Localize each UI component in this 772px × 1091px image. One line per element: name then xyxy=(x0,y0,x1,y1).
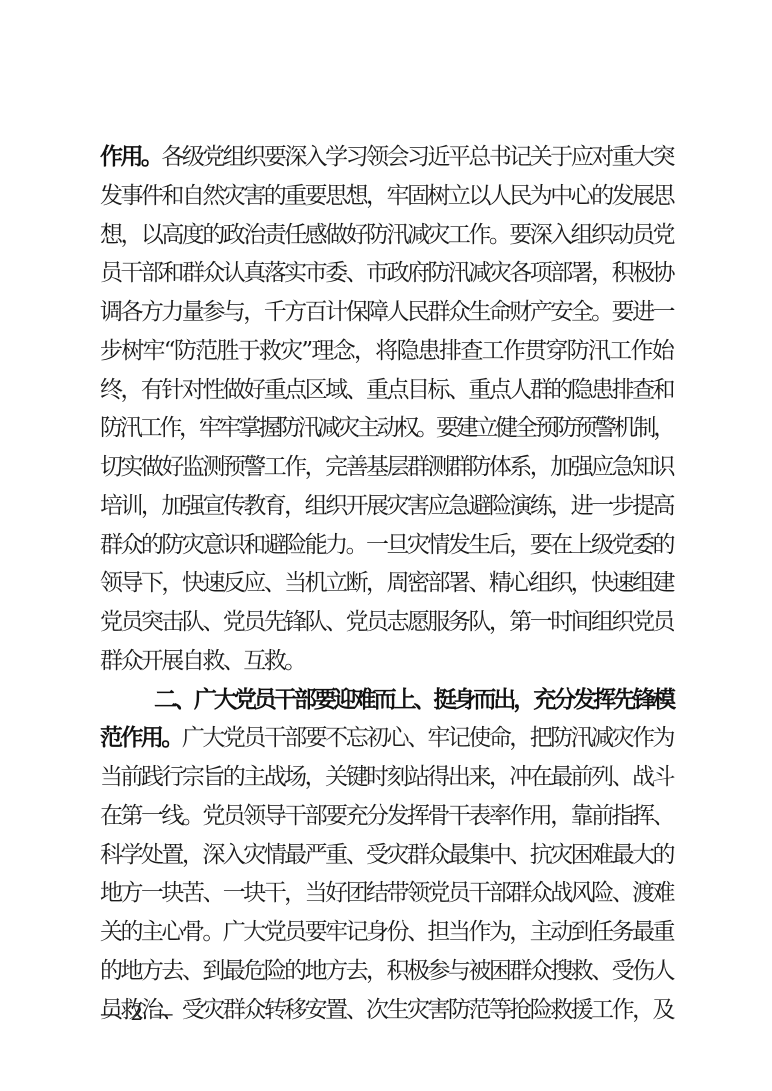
text-line: 想，以高度的政治责任感做好防汛减灾工作。要深入组织动员党 xyxy=(100,216,673,255)
line-text: 领导下，快速反应、当机立断，周密部署、精心组织，快速组建 xyxy=(100,570,673,596)
line-text: 群众的防灾意识和避险能力。一旦灾情发生后，要在上级党委的 xyxy=(100,532,673,558)
text-line: 发事件和自然灾害的重要思想，牢固树立以人民为中心的发展思 xyxy=(100,177,673,216)
line-text: 员救治、受灾群众转移安置、次生灾害防范等抢险救援工作，及 xyxy=(100,997,673,1023)
page-number: — 2 — xyxy=(100,1001,175,1025)
line-text: 群众开展自救、互救。 xyxy=(100,648,305,674)
text-line: 领导下，快速反应、当机立断，周密部署、精心组织，快速组建 xyxy=(100,564,673,603)
line-text: 党员突击队、党员先锋队、党员志愿服务队，第一时间组织党员 xyxy=(100,609,673,635)
line-text: 发事件和自然灾害的重要思想，牢固树立以人民为中心的发展思 xyxy=(100,183,673,209)
line-text: 地方一块苦、一块干，当好团结带领党员干部群众战风险、渡难 xyxy=(100,880,673,906)
text-line: 防汛工作，牢牢掌握防汛减灾主动权。要建立健全预防预警机制， xyxy=(100,409,673,448)
line-text: 的地方去、到最危险的地方去，积极参与被困群众搜救、受伤人 xyxy=(100,958,673,984)
text-line: 在第一线。党员领导干部要充分发挥骨干表率作用，靠前指挥、 xyxy=(100,797,673,836)
text-line: 步树牢“防范胜于救灾”理念，将隐患排查工作贯穿防汛工作始 xyxy=(100,332,673,371)
text-line: 调各方力量参与，千方百计保障人民群众生命财产安全。要进一 xyxy=(100,293,673,332)
line-text: 切实做好监测预警工作，完善基层群测群防体系，加强应急知识 xyxy=(100,454,673,480)
line-text: 在第一线。党员领导干部要充分发挥骨干表率作用，靠前指挥、 xyxy=(100,803,673,829)
text-line: 关的主心骨。广大党员要牢记身份、担当作为，主动到任务最重 xyxy=(100,913,673,952)
text-line: 群众的防灾意识和避险能力。一旦灾情发生后，要在上级党委的 xyxy=(100,526,673,565)
text-line: 员干部和群众认真落实市委、市政府防汛减灾各项部署，积极协 xyxy=(100,254,673,293)
text-line: 当前践行宗旨的主战场，关键时刻站得出来，冲在最前列、战斗 xyxy=(100,758,673,797)
line-text: 调各方力量参与，千方百计保障人民群众生命财产安全。要进一 xyxy=(100,299,673,325)
section-heading: 二、广大党员干部要迎难而上、挺身而出，充分发挥先锋模 xyxy=(154,687,673,713)
section-heading-continued: 范作用。 xyxy=(100,725,182,751)
text-line: 科学处置，深入灾情最严重、受灾群众最集中、抗灾困难最大的 xyxy=(100,836,673,875)
document-page: 作用。各级党组织要深入学习领会习近平总书记关于应对重大突 发事件和自然灾害的重要… xyxy=(0,0,772,1091)
text-line: 培训，加强宣传教育，组织开展灾害应急避险演练，进一步提高 xyxy=(100,487,673,526)
line-text: 关的主心骨。广大党员要牢记身份、担当作为，主动到任务最重 xyxy=(100,919,673,945)
text-line: 的地方去、到最危险的地方去，积极参与被困群众搜救、受伤人 xyxy=(100,952,673,991)
line-text: 步树牢“防范胜于救灾”理念，将隐患排查工作贯穿防汛工作始 xyxy=(100,338,673,364)
line-text: 科学处置，深入灾情最严重、受灾群众最集中、抗灾困难最大的 xyxy=(100,842,673,868)
line-text: 员干部和群众认真落实市委、市政府防汛减灾各项部署，积极协 xyxy=(100,260,673,286)
line-text: 想，以高度的政治责任感做好防汛减灾工作。要深入组织动员党 xyxy=(100,222,673,248)
document-body: 作用。各级党组织要深入学习领会习近平总书记关于应对重大突 发事件和自然灾害的重要… xyxy=(100,138,673,1029)
line-text: 培训，加强宣传教育，组织开展灾害应急避险演练，进一步提高 xyxy=(100,493,673,519)
text-line: 作用。各级党组织要深入学习领会习近平总书记关于应对重大突 xyxy=(100,138,673,177)
line-text: 防汛工作，牢牢掌握防汛减灾主动权。要建立健全预防预警机制， xyxy=(100,415,673,441)
line-text: 终，有针对性做好重点区域、重点目标、重点人群的隐患排查和 xyxy=(100,377,673,403)
text-line: 地方一块苦、一块干，当好团结带领党员干部群众战风险、渡难 xyxy=(100,874,673,913)
text-line: 切实做好监测预警工作，完善基层群测群防体系，加强应急知识 xyxy=(100,448,673,487)
text-line: 党员突击队、党员先锋队、党员志愿服务队，第一时间组织党员 xyxy=(100,603,673,642)
text-line: 员救治、受灾群众转移安置、次生灾害防范等抢险救援工作，及 xyxy=(100,991,673,1030)
line-text: 当前践行宗旨的主战场，关键时刻站得出来，冲在最前列、战斗 xyxy=(100,764,673,790)
line-text: 广大党员干部要不忘初心、牢记使命，把防汛减灾作为 xyxy=(182,725,673,751)
section-heading-line: 二、广大党员干部要迎难而上、挺身而出，充分发挥先锋模 xyxy=(100,681,673,720)
text-line: 范作用。广大党员干部要不忘初心、牢记使命，把防汛减灾作为 xyxy=(100,719,673,758)
text-line: 终，有针对性做好重点区域、重点目标、重点人群的隐患排查和 xyxy=(100,371,673,410)
bold-heading-fragment: 作用。 xyxy=(100,144,161,170)
text-line: 群众开展自救、互救。 xyxy=(100,642,673,681)
line-text: 各级党组织要深入学习领会习近平总书记关于应对重大突 xyxy=(161,144,673,170)
